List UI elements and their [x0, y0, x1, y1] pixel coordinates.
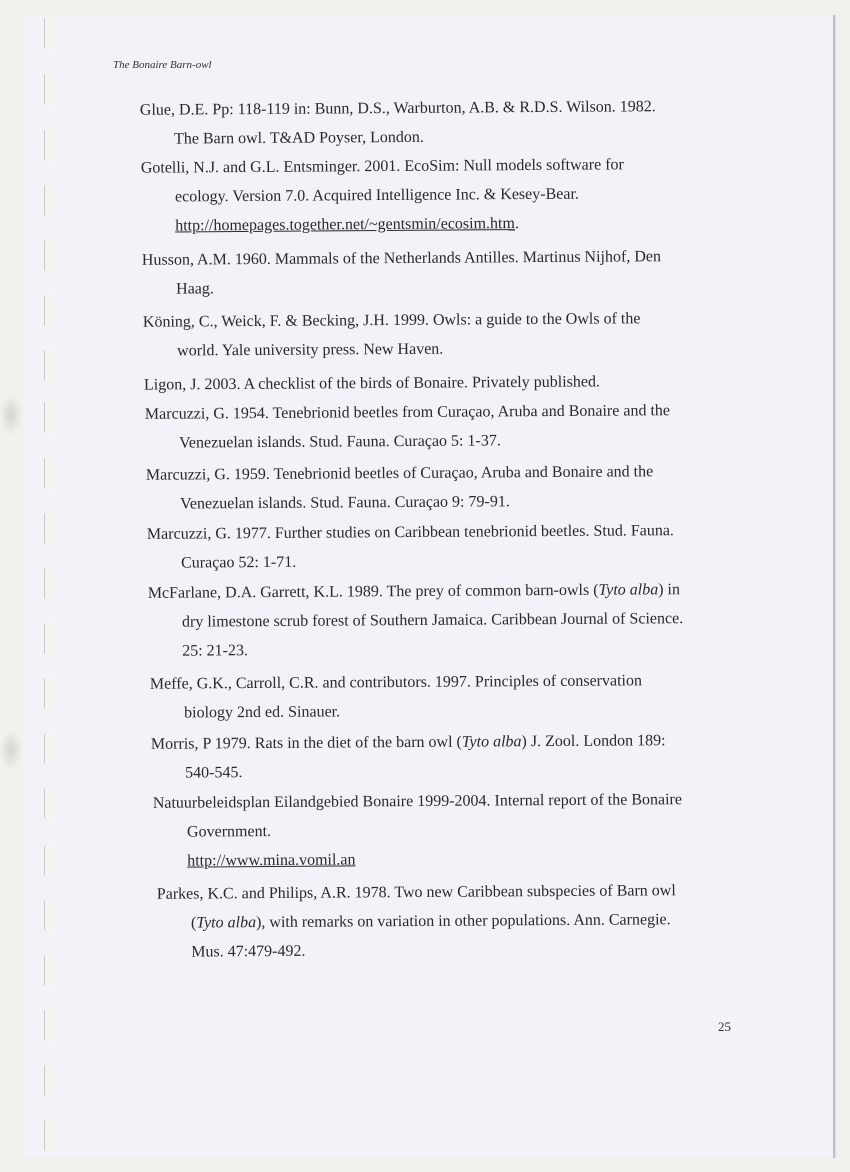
reference-entry: Marcuzzi, G. 1954. Tenebrionid beetles f… [145, 396, 670, 458]
reference-line: Glue, D.E. Pp: 118-119 in: Bunn, D.S., W… [140, 98, 656, 119]
binding-hole [44, 295, 54, 326]
reference-line: (Tyto alba), with remarks on variation i… [157, 905, 676, 938]
binding-hole [44, 18, 54, 49]
reference-entry: Glue, D.E. Pp: 118-119 in: Bunn, D.S., W… [140, 92, 656, 154]
reference-entry: Parkes, K.C. and Philips, A.R. 1978. Two… [157, 876, 677, 967]
binding-holes [23, 15, 83, 1158]
reference-entry: Meffe, G.K., Carroll, C.R. and contribut… [150, 666, 642, 727]
scan-smudge [0, 730, 22, 770]
reference-line: biology 2nd ed. Sinauer. [150, 695, 642, 727]
reference-entry: Köning, C., Weick, F. & Becking, J.H. 19… [143, 304, 641, 365]
reference-line: Gotelli, N.J. and G.L. Entsminger. 2001.… [141, 156, 624, 176]
binding-hole [44, 402, 54, 433]
reference-entry: Ligon, J. 2003. A checklist of the birds… [144, 367, 600, 399]
binding-hole [44, 185, 54, 216]
reference-line: Curaçao 52: 1-71. [147, 545, 674, 578]
reference-line: Morris, P 1979. Rats in the diet of the … [151, 732, 666, 753]
reference-line: world. Yale university press. New Haven. [143, 333, 641, 365]
binding-hole [44, 955, 54, 986]
reference-line: Marcuzzi, G. 1954. Tenebrionid beetles f… [145, 402, 670, 423]
binding-hole [44, 900, 54, 931]
binding-hole [44, 568, 54, 599]
binding-hole [44, 130, 54, 161]
reference-link-line: http://homepages.together.net/~gentsmin/… [141, 208, 624, 240]
reference-entry: Marcuzzi, G. 1977. Further studies on Ca… [147, 516, 674, 578]
binding-hole [44, 240, 54, 271]
binding-hole [44, 733, 54, 764]
reference-entry: Husson, A.M. 1960. Mammals of the Nether… [142, 242, 661, 304]
reference-line: Köning, C., Weick, F. & Becking, J.H. 19… [143, 310, 641, 330]
running-head: The Bonaire Barn-owl [113, 59, 212, 71]
binding-hole [44, 1065, 54, 1096]
page-number: 25 [718, 1019, 731, 1035]
scan-smudge [0, 395, 22, 435]
reference-line: Natuurbeleidsplan Eilandgebied Bonaire 1… [153, 791, 682, 812]
reference-line: Venezuelan islands. Stud. Fauna. Curaçao… [145, 425, 670, 458]
binding-hole [44, 845, 54, 876]
binding-hole [44, 678, 54, 709]
reference-line: ecology. Version 7.0. Acquired Intellige… [141, 179, 624, 211]
reference-line: Meffe, G.K., Carroll, C.R. and contribut… [150, 672, 642, 692]
reference-link-line: http://www.mina.vomil.an [153, 843, 682, 876]
reference-line: Parkes, K.C. and Philips, A.R. 1978. Two… [157, 882, 676, 903]
species-name: Tyto alba [598, 581, 658, 598]
reference-entry: Marcuzzi, G. 1959. Tenebrionid beetles o… [146, 457, 654, 519]
binding-hole [44, 350, 54, 381]
reference-entry: Morris, P 1979. Rats in the diet of the … [151, 726, 666, 788]
reference-line: Marcuzzi, G. 1959. Tenebrionid beetles o… [146, 463, 653, 484]
mina-link[interactable]: http://www.mina.vomil.an [187, 851, 355, 869]
binding-hole [44, 513, 54, 544]
reference-line: Government. [153, 814, 682, 847]
reference-line: Mus. 47:479-492. [157, 934, 676, 967]
reference-entry: Gotelli, N.J. and G.L. Entsminger. 2001.… [141, 150, 625, 240]
reference-line: dry limestone scrub forest of Southern J… [148, 604, 683, 637]
reference-line: Ligon, J. 2003. A checklist of the birds… [144, 373, 600, 393]
reference-entry: McFarlane, D.A. Garrett, K.L. 1989. The … [148, 575, 684, 666]
binding-hole [44, 458, 54, 489]
reference-line: 25: 21-23. [148, 633, 683, 666]
binding-hole [44, 623, 54, 654]
reference-entry: Natuurbeleidsplan Eilandgebied Bonaire 1… [153, 785, 683, 876]
reference-line: Venezuelan islands. Stud. Fauna. Curaçao… [146, 486, 654, 519]
species-name: Tyto alba [196, 914, 256, 931]
binding-hole [44, 1010, 54, 1041]
reference-line: The Barn owl. T&AD Poyser, London. [140, 121, 656, 154]
ecosim-link[interactable]: http://homepages.together.net/~gentsmin/… [175, 215, 515, 234]
reference-line: Marcuzzi, G. 1977. Further studies on Ca… [147, 522, 674, 543]
binding-hole [44, 788, 54, 819]
binding-hole [44, 1120, 54, 1151]
reference-line: McFarlane, D.A. Garrett, K.L. 1989. The … [148, 581, 680, 602]
reference-line: Haag. [142, 271, 661, 304]
reference-line: Husson, A.M. 1960. Mammals of the Nether… [142, 248, 661, 269]
species-name: Tyto alba [462, 733, 522, 750]
reference-line: 540-545. [151, 755, 666, 788]
binding-hole [44, 74, 54, 105]
